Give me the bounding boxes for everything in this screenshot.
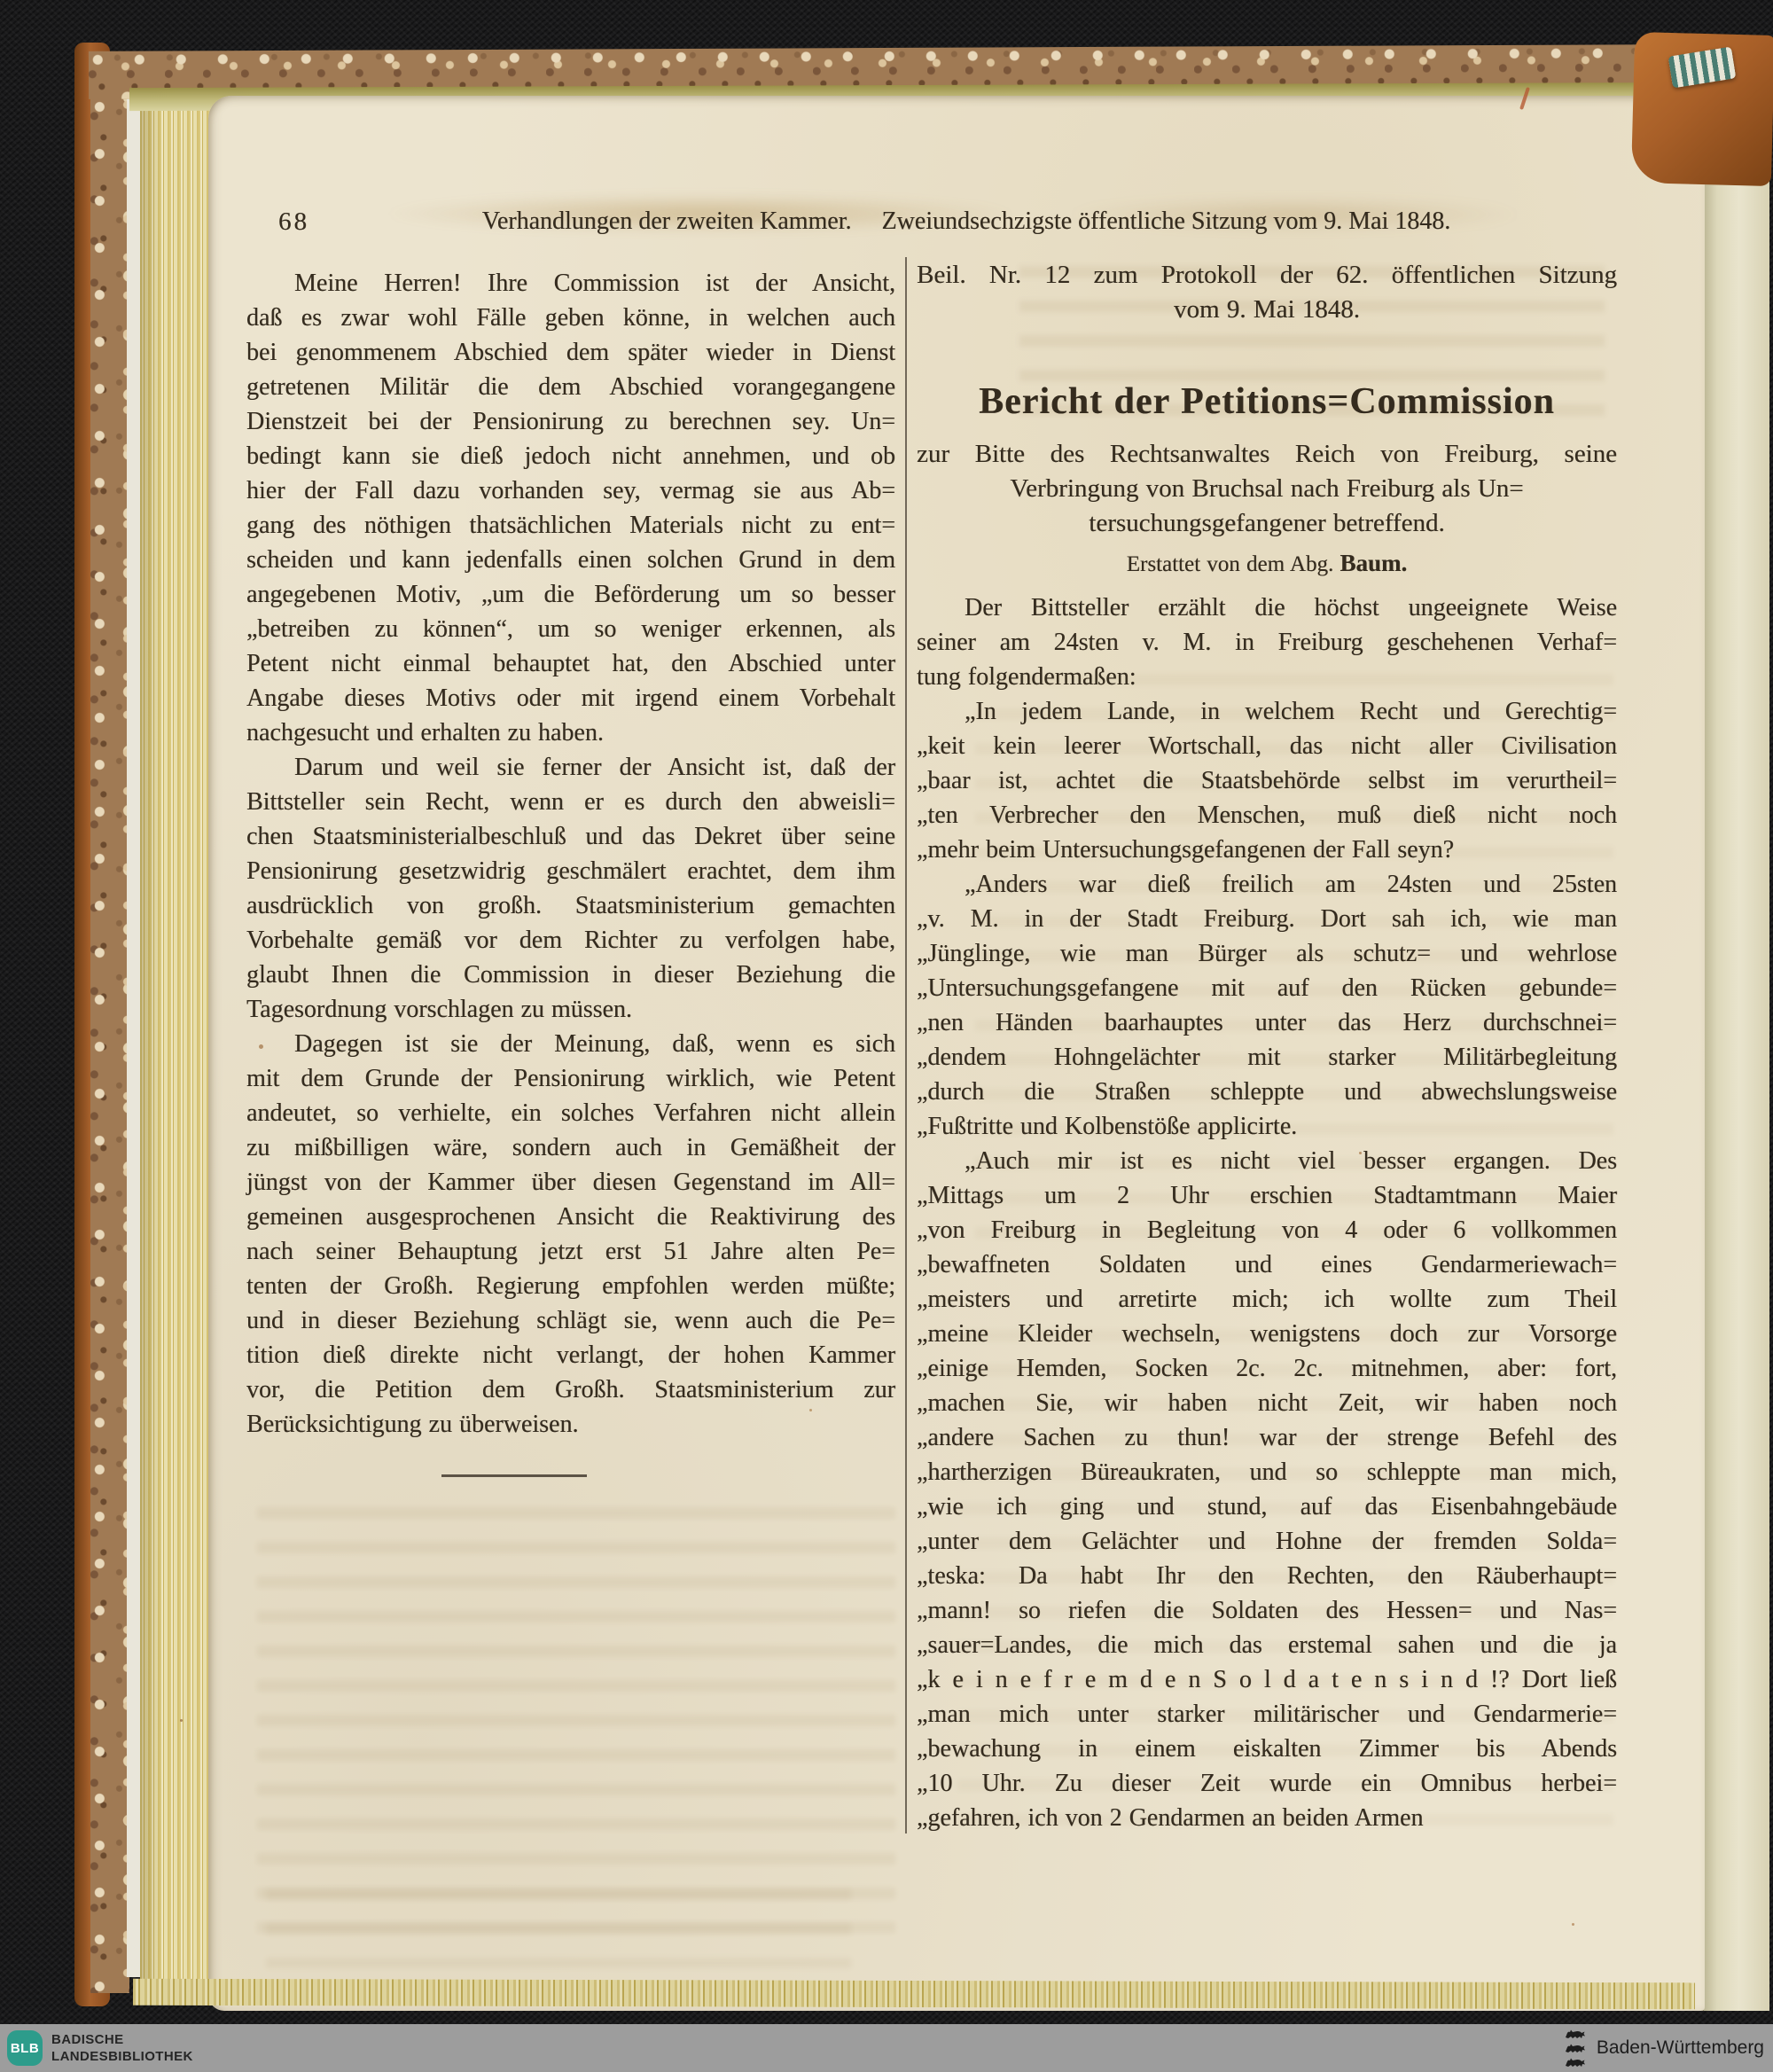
- text-line: vor, die Petition dem Großh. Staatsminis…: [246, 1372, 895, 1407]
- text-line: „einige Hemden, Socken 2c. 2c. mitnehmen…: [917, 1351, 1617, 1386]
- running-header: Verhandlungen der zweiten Kammer. Zweiun…: [372, 207, 1560, 236]
- text-line: „man mich unter starker militärischer un…: [917, 1697, 1617, 1732]
- paragraph: „Auch mir ist es nicht viel besser ergan…: [917, 1144, 1617, 1835]
- text-line: „Anders war dieß freilich am 24sten und …: [917, 867, 1617, 902]
- section-end-rule: [441, 1474, 587, 1477]
- text-line: „sauer=Landes, die mich das erstemal sah…: [917, 1628, 1617, 1662]
- page-number: 68: [278, 207, 309, 237]
- text-line: „bewachung in einem eiskalten Zimmer bis…: [917, 1732, 1617, 1766]
- text-line: mit dem Grunde der Pensionirung wirklich…: [246, 1061, 895, 1096]
- text-line: „hartherzigen Büreaukraten, und so schle…: [917, 1455, 1617, 1489]
- text-line: tenten der Großh. Regierung empfohlen we…: [246, 1269, 895, 1303]
- text-line: Bittsteller sein Recht, wenn er es durch…: [246, 785, 895, 819]
- report-subtitle: zur Bitte des Rechtsanwaltes Reich von F…: [917, 437, 1617, 541]
- report-byline: Erstattet von dem Abg. Baum.: [917, 546, 1617, 582]
- paragraph: „In jedem Lande, in welchem Recht und Ge…: [917, 694, 1617, 867]
- text-line: „wie ich ging und stund, auf das Eisenba…: [917, 1489, 1617, 1524]
- text-line: „v. M. in der Stadt Freiburg. Dort sah i…: [917, 902, 1617, 936]
- text-line: Angabe dieses Motivs oder mit irgend ein…: [246, 681, 895, 715]
- text-line: chen Staatsministerialbeschluß und das D…: [246, 819, 895, 854]
- report-body: Der Bittsteller erzählt die höchst ungee…: [917, 590, 1617, 1835]
- text-line: seiner am 24sten v. M. in Freiburg gesch…: [917, 625, 1617, 660]
- byline-name: Baum.: [1340, 550, 1408, 576]
- text-line: „k e i n e f r e m d e n S o l d a t e n…: [917, 1662, 1617, 1697]
- text-line: andeutet, so verhielte, ein solches Verf…: [246, 1096, 895, 1130]
- text-line: bedingt kann sie dieß jedoch nicht anneh…: [246, 439, 895, 473]
- bw-lions-icon: [1563, 2029, 1588, 2068]
- text-line: „nen Händen baarhauptes unter das Herz d…: [917, 1005, 1617, 1040]
- text-line: Petent nicht einmal behauptet hat, den A…: [246, 646, 895, 681]
- marbled-board-edge-left: [90, 51, 129, 1993]
- text-line: Tagesordnung vorschlagen zu müssen.: [246, 992, 895, 1027]
- library-footer-bar: BLB BADISCHE LANDESBIBLIOTHEK Baden-Würt…: [0, 2024, 1773, 2072]
- text-line: „teska: Da habt Ihr den Rechten, den Räu…: [917, 1559, 1617, 1593]
- text-line: hier der Fall dazu vorhanden sey, vermag…: [246, 473, 895, 508]
- text-line: Vorbehalte gemäß vor dem Richter zu verf…: [246, 923, 895, 958]
- text-line: „mann! so riefen die Soldaten des Hessen…: [917, 1593, 1617, 1628]
- text-line: „dendem Hohngelächter mit starker Militä…: [917, 1040, 1617, 1075]
- text-line: und in dieser Beziehung schlägt sie, wen…: [246, 1303, 895, 1338]
- text-line: angegebenen Motiv, „um die Beförderung u…: [246, 577, 895, 612]
- report-title: Bericht der Petitions=Commission: [917, 379, 1617, 425]
- text-line: „Jünglinge, wie man Bürger als schutz= u…: [917, 936, 1617, 971]
- text-line: „bewaffneten Soldaten und eines Gendarme…: [917, 1247, 1617, 1282]
- scanned-book-page-view: 68 Verhandlungen der zweiten Kammer. Zwe…: [0, 0, 1773, 2072]
- blb-logo-line2: LANDESBIBLIOTHEK: [51, 2048, 193, 2065]
- text-line: „unter dem Gelächter und Hohne der fremd…: [917, 1524, 1617, 1559]
- text-line: „Untersuchungsgefangene mit auf den Rück…: [917, 971, 1617, 1005]
- state-logo: Baden-Württemberg: [1563, 2029, 1764, 2068]
- text-line: „machen Sie, wir haben nicht Zeit, wir h…: [917, 1386, 1617, 1420]
- text-line: scheiden und kann jedenfalls einen solch…: [246, 543, 895, 577]
- text-line: getretenen Militär die dem Abschied vora…: [246, 370, 895, 404]
- byline-prefix: Erstattet von dem Abg.: [1127, 552, 1340, 576]
- text-line: tung folgendermaßen:: [917, 660, 1617, 694]
- text-line: „durch die Straßen schleppte und abwechs…: [917, 1075, 1617, 1109]
- running-header-right: Zweiundsechzigste öffentliche Sitzung vo…: [881, 207, 1450, 236]
- text-line: „meisters und arretirte mich; ich wollte…: [917, 1282, 1617, 1317]
- text-line: Verbringung von Bruchsal nach Freiburg a…: [917, 472, 1617, 506]
- blb-logo-icon: BLB: [7, 2030, 43, 2066]
- paragraph: Der Bittsteller erzählt die höchst ungee…: [917, 590, 1617, 694]
- page-block-bottom-edge: [133, 1979, 1695, 2010]
- text-line: Dienstzeit bei der Pensionirung zu berec…: [246, 404, 895, 439]
- text-line: Beil. Nr. 12 zum Protokoll der 62. öffen…: [917, 258, 1617, 293]
- text-line: „ten Verbrecher den Menschen, muß dieß n…: [917, 798, 1617, 833]
- paragraph: Darum und weil sie ferner der Ansicht is…: [246, 750, 895, 1027]
- text-line: Berücksichtigung zu überweisen.: [246, 1407, 895, 1442]
- text-line: gang des nöthigen thatsächlichen Materia…: [246, 508, 895, 543]
- text-line: „Mittags um 2 Uhr erschien Stadtamtmann …: [917, 1178, 1617, 1213]
- text-line: vom 9. Mai 1848.: [917, 293, 1617, 327]
- text-line: Pensionirung gesetzwidrig geschmälert er…: [246, 854, 895, 888]
- text-line: Meine Herren! Ihre Commission ist der An…: [246, 266, 895, 301]
- text-line: „keit kein leerer Wortschall, das nicht …: [917, 729, 1617, 763]
- paragraph: „Anders war dieß freilich am 24sten und …: [917, 867, 1617, 1144]
- text-line: „meine Kleider wechseln, wenigstens doch…: [917, 1317, 1617, 1351]
- paragraph: Dagegen ist sie der Meinung, daß, wenn e…: [246, 1027, 895, 1442]
- left-text-column: Meine Herren! Ihre Commission ist der An…: [246, 266, 895, 1442]
- running-header-left: Verhandlungen der zweiten Kammer.: [482, 207, 852, 236]
- text-line: „gefahren, ich von 2 Gendarmen an beiden…: [917, 1801, 1617, 1835]
- column-divider-rule: [905, 257, 907, 1834]
- text-line: tition dieß direkte nicht verlangt, der …: [246, 1338, 895, 1372]
- text-line: bei genommenem Abschied dem später wiede…: [246, 335, 895, 370]
- next-page-edge: [1702, 55, 1769, 2011]
- text-line: „mehr beim Untersuchungsgefangenen der F…: [917, 833, 1617, 867]
- text-line: „10 Uhr. Zu dieser Zeit wurde ein Omnibu…: [917, 1766, 1617, 1801]
- blb-logo-text: BADISCHE LANDESBIBLIOTHEK: [51, 2031, 193, 2065]
- state-logo-label: Baden-Württemberg: [1597, 2037, 1764, 2059]
- text-line: gemeinen ausgesprochenen Ansicht die Rea…: [246, 1200, 895, 1234]
- text-line: Darum und weil sie ferner der Ansicht is…: [246, 750, 895, 785]
- text-line: Dagegen ist sie der Meinung, daß, wenn e…: [246, 1027, 895, 1061]
- text-line: zur Bitte des Rechtsanwaltes Reich von F…: [917, 437, 1617, 472]
- blb-logo-line1: BADISCHE: [51, 2031, 193, 2048]
- protocol-annex-heading: Beil. Nr. 12 zum Protokoll der 62. öffen…: [917, 258, 1617, 327]
- text-line: ausdrücklich von großh. Staatsministeriu…: [246, 888, 895, 923]
- page-block-fore-edge: [140, 80, 211, 1988]
- text-line: „von Freiburg in Begleitung von 4 oder 6…: [917, 1213, 1617, 1247]
- text-line: „betreiben zu können“, um so weniger erk…: [246, 612, 895, 646]
- paragraph: Meine Herren! Ihre Commission ist der An…: [246, 266, 895, 750]
- right-text-column: Beil. Nr. 12 zum Protokoll der 62. öffen…: [917, 258, 1617, 1835]
- text-line: „Fußtritte und Kolbenstöße applicirte.: [917, 1109, 1617, 1144]
- text-line: zu mißbilligen wäre, sondern auch in Gem…: [246, 1130, 895, 1165]
- text-line: nachgesucht und erhalten zu haben.: [246, 715, 895, 750]
- text-line: tersuchungsgefangener betreffend.: [917, 506, 1617, 541]
- text-line: „Auch mir ist es nicht viel besser ergan…: [917, 1144, 1617, 1178]
- text-line: „andere Sachen zu thun! war der strenge …: [917, 1420, 1617, 1455]
- text-line: „In jedem Lande, in welchem Recht und Ge…: [917, 694, 1617, 729]
- text-line: glaubt Ihnen die Commission in dieser Be…: [246, 958, 895, 992]
- text-line: Der Bittsteller erzählt die höchst ungee…: [917, 590, 1617, 625]
- text-line: „baar ist, achtet die Staatsbehörde selb…: [917, 763, 1617, 798]
- text-line: jüngst von der Kammer über diesen Gegens…: [246, 1165, 895, 1200]
- text-line: daß es zwar wohl Fälle geben könne, in w…: [246, 301, 895, 335]
- text-line: nach seiner Behauptung jetzt erst 51 Jah…: [246, 1234, 895, 1269]
